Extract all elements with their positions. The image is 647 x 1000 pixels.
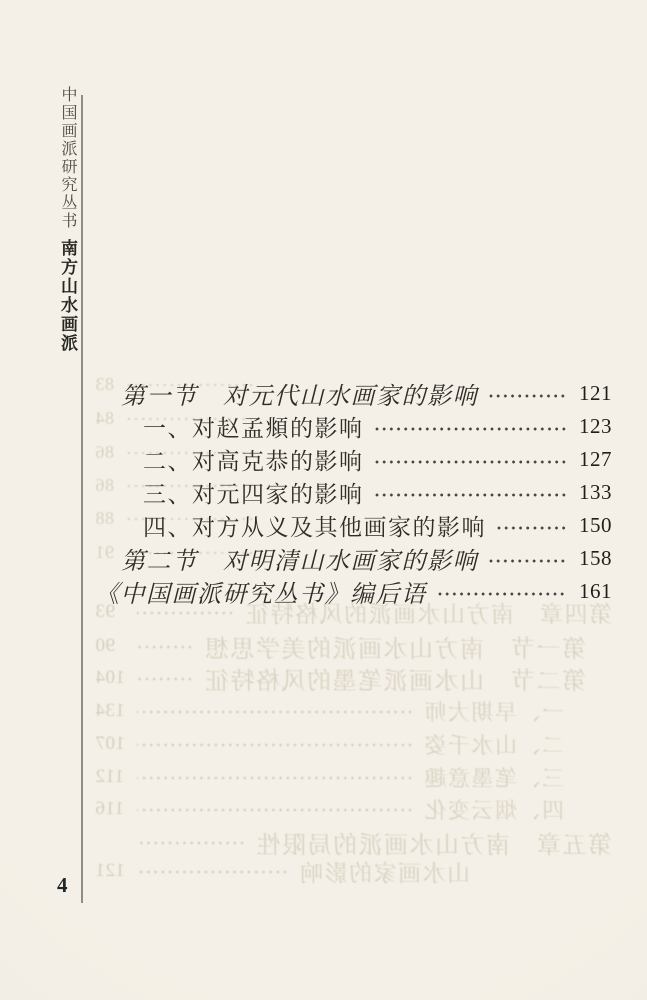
spine-rule [81,95,83,903]
toc-entry-page: 158 [574,546,612,571]
toc-entry-label: 二、对高克恭的影响 [143,443,364,476]
table-of-contents: 第一节 对元代山水画家的影响121 一、对赵孟頫的影响123 二、对高克恭的影响… [95,377,612,608]
toc-row-sub-4: 四、对方从义及其他画家的影响150 [95,509,612,542]
toc-row-sub-1: 一、对赵孟頫的影响123 [95,410,612,443]
dot-leader [488,558,566,566]
bleedthrough-line: 第一节 南方山水画派的美学思想90 [95,633,612,659]
toc-entry-label: 第二节 对明清山水画家的影响 [121,541,478,576]
toc-entry-page: 121 [574,381,612,406]
bleedthrough-line: 四、烟云变化116 [95,796,612,822]
toc-entry-page: 150 [574,513,612,538]
series-title-vertical: 中国画派研究丛书 [56,86,79,230]
bleedthrough-dots [137,610,235,618]
toc-entry-page: 133 [574,480,612,505]
bleedthrough-dots [137,676,194,684]
dot-leader [496,525,566,533]
bleedthrough-line: 山水画家的影响121 [95,858,612,884]
bleedthrough-line: 一、早期大师134 [95,698,612,724]
bleedthrough-dots [137,807,413,815]
toc-entry-label: 《中国画派研究丛书》编后语 [95,574,427,609]
toc-entry-page: 123 [574,414,612,439]
dot-leader [374,426,567,434]
toc-row-sub-3: 三、对元四家的影响133 [95,476,612,509]
book-toc-page: 83 84 86 86 88 91 第四章 南方山水画派的风格特征93 第一节 … [0,0,647,1000]
book-title-vertical: 南方山水画派 [55,239,80,353]
bleedthrough-dots [137,840,245,848]
dot-leader [488,393,566,401]
dot-leader [437,591,567,599]
bleedthrough-dots [137,742,413,750]
bleedthrough-dots [137,644,194,652]
dot-leader [374,492,567,500]
toc-entry-label: 三、对元四家的影响 [143,476,364,509]
toc-row-section-2: 第二节 对明清山水画家的影响158 [95,542,612,575]
bleedthrough-line: 第二节 山水画派笔墨的风格特征104 [95,665,612,691]
toc-entry-label: 四、对方从义及其他画家的影响 [143,509,486,542]
bleedthrough-dots [137,775,413,783]
page-number: 4 [57,873,68,898]
bleedthrough-line: 第五章 南方山水画派的局限性 [95,829,612,855]
toc-entry-page: 161 [574,579,612,604]
toc-row-afterword: 《中国画派研究丛书》编后语161 [95,575,612,608]
dot-leader [374,459,567,467]
bleedthrough-dots [137,869,289,877]
toc-row-section-1: 第一节 对元代山水画家的影响121 [95,377,612,410]
bleedthrough-line: 二、山水千姿107 [95,731,612,757]
toc-entry-label: 一、对赵孟頫的影响 [143,410,364,443]
toc-row-sub-2: 二、对高克恭的影响127 [95,443,612,476]
toc-entry-page: 127 [574,447,612,472]
bleedthrough-line: 三、笔墨意趣112 [95,764,612,790]
bleedthrough-dots [137,709,413,717]
toc-entry-label: 第一节 对元代山水画家的影响 [121,376,478,411]
